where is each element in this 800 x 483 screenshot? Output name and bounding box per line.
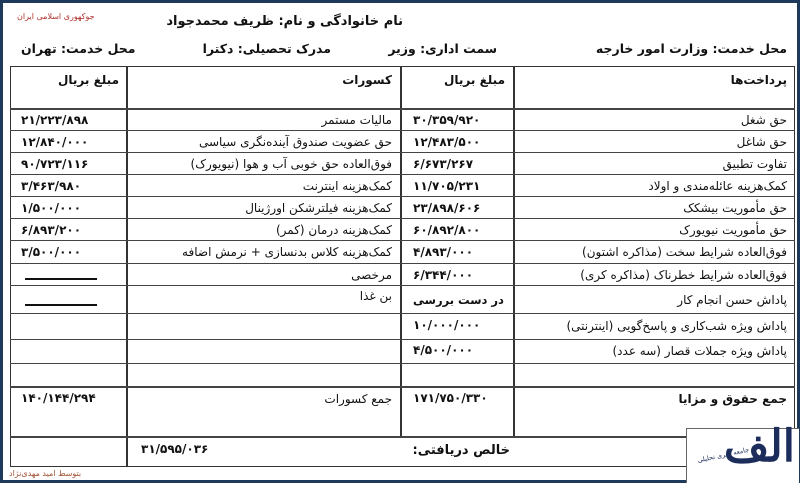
full-name-value: ظریف محمدجواد bbox=[166, 14, 274, 29]
header-deductions-amount: مبلغ بریال bbox=[58, 70, 119, 90]
payment-label: فوق‌العاده شرایط خطرناک (مذاکره کری) bbox=[580, 265, 787, 285]
payment-label: پاداش ویژه شب‌کاری و پاسخ‌گویی (اینترنتی… bbox=[566, 316, 787, 336]
divider-r5 bbox=[10, 218, 795, 219]
payment-label: حق مأموریت بیشکک bbox=[683, 198, 787, 218]
payment-label: حق شاغل bbox=[737, 132, 787, 152]
payment-amount: ۳۰/۳۵۹/۹۲۰ bbox=[413, 110, 480, 130]
total-deductions-value: ۱۴۰/۱۴۴/۲۹۴ bbox=[21, 388, 96, 408]
deduction-amount: ۹۰/۷۲۳/۱۱۶ bbox=[21, 154, 88, 174]
payment-label: حق مأموریت نیویورک bbox=[679, 220, 787, 240]
divider-r10 bbox=[10, 339, 795, 340]
divider-r7 bbox=[10, 263, 795, 264]
net-received-value: ۳۱/۵۹۵/۰۳۶ bbox=[141, 439, 208, 459]
deduction-amount: ۲۱/۲۲۳/۸۹۸ bbox=[21, 110, 88, 130]
payment-label: پاداش حسن انجام کار bbox=[677, 290, 787, 310]
divider-r8 bbox=[10, 285, 795, 286]
divider-r11 bbox=[10, 363, 795, 364]
divider-v3 bbox=[513, 66, 515, 437]
deduction-label: کمک‌هزینه کلاس بدنسازی + نرمش اضافه bbox=[182, 242, 392, 262]
payment-amount: ۴/۵۰۰/۰۰۰ bbox=[413, 340, 473, 360]
total-payments-label: جمع حقوق و مزایا bbox=[679, 389, 787, 409]
payment-amount: ۱۰/۰۰۰/۰۰۰ bbox=[413, 315, 480, 335]
total-payments-value: ۱۷۱/۷۵۰/۳۳۰ bbox=[413, 388, 488, 408]
empty-amount-dash bbox=[25, 304, 97, 306]
divider-r4 bbox=[10, 196, 795, 197]
divider-net bbox=[10, 436, 795, 438]
deduction-label: حق عضویت صندوق آینده‌نگری سیاسی bbox=[199, 132, 392, 152]
deduction-amount: ۳/۴۶۳/۹۸۰ bbox=[21, 176, 81, 196]
deduction-label: بن غذا bbox=[360, 286, 392, 306]
divider-v2 bbox=[400, 66, 402, 437]
salary-slip-page: جوکهوری اسلامی ایران نام خانوادگی و نام:… bbox=[3, 3, 797, 480]
payment-label: پاداش ویژه جملات قصار (سه عدد) bbox=[613, 341, 788, 361]
divider-r9 bbox=[10, 313, 795, 314]
divider-total bbox=[10, 386, 795, 388]
deduction-amount: ۳/۵۰۰/۰۰۰ bbox=[21, 242, 81, 262]
total-deductions-label: جمع کسورات bbox=[324, 389, 392, 409]
deduction-amount: ۶/۸۹۳/۲۰۰ bbox=[21, 220, 81, 240]
header-payments: پرداخت‌ها bbox=[731, 70, 787, 90]
alef-logo: الف جامعه خبری تحلیلی bbox=[686, 428, 799, 483]
divider-header bbox=[10, 108, 795, 110]
logo-main-text: الف bbox=[724, 421, 795, 472]
deduction-amount: ۱/۵۰۰/۰۰۰ bbox=[21, 198, 81, 218]
country-tag: جوکهوری اسلامی ایران bbox=[17, 12, 95, 21]
deduction-amount: ۱۲/۸۴۰/۰۰۰ bbox=[21, 132, 88, 152]
payment-label: کمک‌هزینه عائله‌مندی و اولاد bbox=[648, 176, 787, 196]
deduction-label: فوق‌العاده حق خوبی آب و هوا (نیویورک) bbox=[191, 154, 392, 174]
payment-label: فوق‌العاده شرایط سخت (مذاکره اشتون) bbox=[582, 242, 787, 262]
payment-label: حق شغل bbox=[741, 110, 787, 130]
deduction-label: کمک‌هزینه اینترنت bbox=[303, 176, 392, 196]
payment-amount: ۴/۸۹۳/۰۰۰ bbox=[413, 242, 473, 262]
payment-amount: ۲۳/۸۹۸/۶۰۶ bbox=[413, 198, 480, 218]
divider-r6 bbox=[10, 240, 795, 241]
header-deductions: کسورات bbox=[342, 70, 392, 90]
payment-amount: ۶/۶۷۳/۲۶۷ bbox=[413, 154, 473, 174]
place-of-service-city: محل خدمت: تهران bbox=[21, 41, 135, 56]
credit-text: بتوسط امید مهدی‌نژاد bbox=[9, 469, 81, 478]
payment-amount: ۱۱/۷۰۵/۲۳۱ bbox=[413, 176, 480, 196]
administrative-position: سمت اداری: وزیر bbox=[388, 41, 497, 56]
divider-r2 bbox=[10, 152, 795, 153]
net-received-label: خالص دریافتی: bbox=[413, 441, 510, 461]
deduction-label: مالیات مستمر bbox=[322, 110, 392, 130]
empty-amount-dash bbox=[25, 278, 97, 280]
payment-amount-status: در دست بررسی bbox=[413, 290, 504, 310]
salary-table: پرداخت‌ها مبلغ بریال کسورات مبلغ بریال ح… bbox=[10, 66, 795, 467]
full-name-label: نام خانوادگی و نام: bbox=[278, 14, 403, 29]
payment-amount: ۶/۳۴۴/۰۰۰ bbox=[413, 265, 473, 285]
deduction-label: مرخصی bbox=[351, 265, 392, 285]
divider-v1 bbox=[126, 66, 128, 467]
header-payments-amount: مبلغ بریال bbox=[444, 70, 505, 90]
payment-amount: ۶۰/۸۹۲/۸۰۰ bbox=[413, 220, 480, 240]
payment-label: تفاوت تطبیق bbox=[723, 154, 787, 174]
place-of-service-ministry: محل خدمت: وزارت امور خارجه bbox=[596, 41, 787, 56]
education-degree: مدرک تحصیلی: دکترا bbox=[203, 41, 331, 56]
divider-r3 bbox=[10, 174, 795, 175]
divider-r1 bbox=[10, 130, 795, 131]
deduction-label: کمک‌هزینه فیلترشکن اورژینال bbox=[245, 198, 392, 218]
deduction-label: کمک‌هزینه درمان (کمر) bbox=[276, 220, 392, 240]
full-name-line: نام خانوادگی و نام: ظریف محمدجواد bbox=[166, 14, 403, 29]
payment-amount: ۱۲/۴۸۳/۵۰۰ bbox=[413, 132, 480, 152]
